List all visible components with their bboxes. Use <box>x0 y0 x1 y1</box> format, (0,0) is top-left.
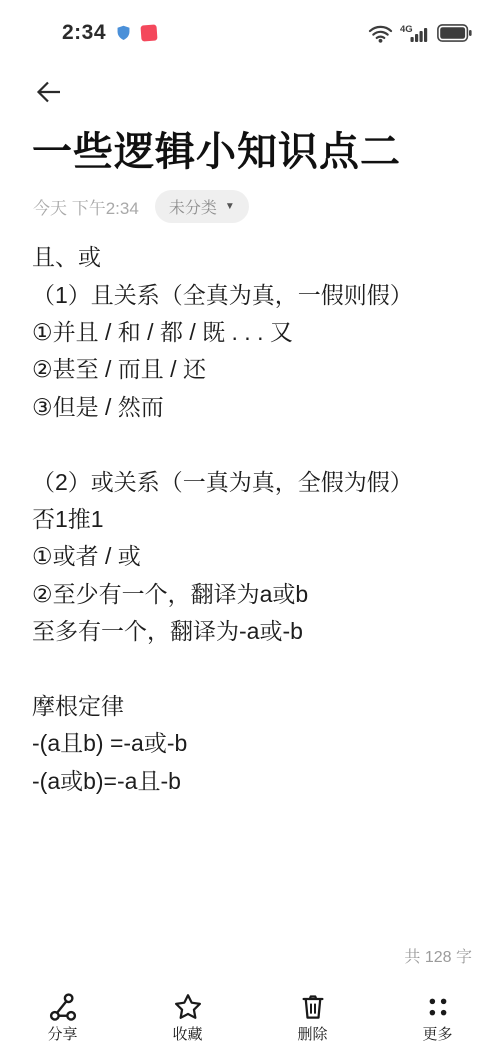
note-body[interactable]: 且、或 （1）且关系（全真为真，一假则假） ①并且 / 和 / 都 / 既 . … <box>32 237 480 798</box>
delete-label: 删除 <box>297 1023 327 1044</box>
delete-button[interactable]: 删除 <box>250 990 375 1058</box>
more-button[interactable]: 更多 <box>375 990 500 1058</box>
star-icon <box>173 992 203 1022</box>
wifi-icon <box>368 24 393 43</box>
more-dots-icon <box>423 992 453 1022</box>
trash-icon <box>298 992 328 1022</box>
signal-4g-icon: 4G <box>400 23 430 43</box>
favorite-button[interactable]: 收藏 <box>125 990 250 1058</box>
more-label: 更多 <box>422 1023 452 1044</box>
note-line: -(a或b)=-a且-b <box>32 760 480 797</box>
note-title: 一些逻辑小知识点二 <box>32 120 476 177</box>
note-line-blank <box>32 648 480 685</box>
status-bar: 2:34 4G <box>0 0 500 54</box>
network-type-label: 4G <box>400 24 413 35</box>
note-line: （2）或关系（一真为真，全假为假） <box>32 461 480 498</box>
back-button[interactable] <box>31 74 67 110</box>
category-selector[interactable]: 未分类 ▼ <box>155 190 249 223</box>
word-count: 共 128 字 <box>404 944 472 967</box>
note-line: ②甚至 / 而且 / 还 <box>32 349 480 386</box>
note-line: -(a且b) =-a或-b <box>32 723 480 760</box>
note-line: ①或者 / 或 <box>32 536 480 573</box>
share-label: 分享 <box>47 1023 77 1044</box>
share-button[interactable]: 分享 <box>0 990 125 1058</box>
battery-icon <box>437 24 472 42</box>
note-line: 至多有一个，翻译为-a或-b <box>32 611 480 648</box>
share-icon <box>48 992 78 1022</box>
note-timestamp: 今天 下午2:34 <box>33 194 139 219</box>
bottom-toolbar: 分享 收藏 删除 <box>0 990 500 1058</box>
category-label: 未分类 <box>169 195 217 218</box>
chevron-down-icon: ▼ <box>225 201 235 212</box>
note-line: 否1推1 <box>32 499 480 536</box>
note-line: 摩根定律 <box>32 686 480 723</box>
note-line: ①并且 / 和 / 都 / 既 . . . 又 <box>32 312 480 349</box>
note-line: ③但是 / 然而 <box>32 387 480 424</box>
app-notification-icon <box>140 24 157 41</box>
note-line: （1）且关系（全真为真，一假则假） <box>32 274 480 311</box>
note-line-blank <box>32 424 480 461</box>
shield-notification-icon <box>115 24 132 42</box>
note-line: 且、或 <box>32 237 480 274</box>
clock: 2:34 <box>62 21 106 45</box>
favorite-label: 收藏 <box>172 1023 202 1044</box>
note-meta: 今天 下午2:34 未分类 ▼ <box>33 190 249 223</box>
note-line: ②至少有一个，翻译为a或b <box>32 574 480 611</box>
